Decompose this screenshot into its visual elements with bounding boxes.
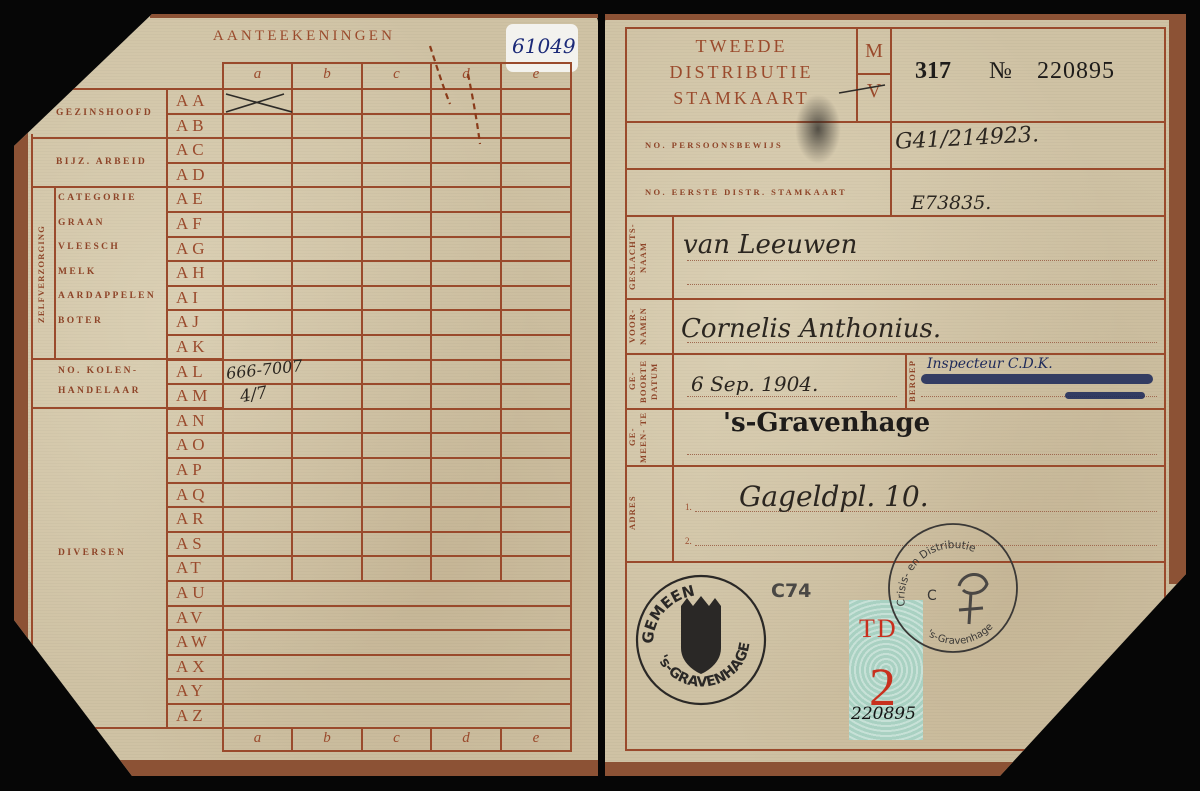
code-mark-c74: C74 xyxy=(771,580,811,602)
row-divider xyxy=(166,186,572,188)
sub-label-melk: MELK xyxy=(58,267,97,277)
row-code-av: AV xyxy=(176,608,206,628)
row-code-af: AF xyxy=(176,214,206,234)
row-divider xyxy=(166,506,572,508)
adres-label: ADRES xyxy=(627,467,671,559)
geboortedatum-value: 6 Sep. 1904. xyxy=(691,372,818,396)
sub-label-graan: GRAAN xyxy=(58,218,105,228)
top-edge-band xyxy=(150,14,598,18)
col-footer-d: d xyxy=(432,730,500,747)
persoonsbewijs-label: NO. PERSOONSBEWIJS xyxy=(645,140,783,150)
card-number: 220895 xyxy=(1037,58,1115,85)
row-code-ao: AO xyxy=(176,435,209,455)
geslachtsnaam-bottom-line xyxy=(625,298,1166,300)
entry-aa-a-cross xyxy=(224,92,292,114)
row-code-az: AZ xyxy=(176,706,207,726)
geslachtsnaam-value: van Leeuwen xyxy=(683,230,857,260)
title-line-2: DISTRIBUTIE xyxy=(627,62,856,83)
entry-am-a: 4/7 xyxy=(238,383,268,407)
beroep-label: BEROEP xyxy=(907,355,919,407)
row-divider xyxy=(166,359,572,361)
row-code-au: AU xyxy=(176,583,209,603)
row-divider xyxy=(166,605,572,607)
title-line-1: TWEEDE xyxy=(627,36,856,57)
voornamen-label: VOOR- NAMEN xyxy=(627,300,671,352)
rust-stain-marks xyxy=(428,44,488,154)
voornamen-bottom-line xyxy=(625,353,1166,355)
row-code-ax: AX xyxy=(176,657,209,677)
group-label-handelaar: HANDELAAR xyxy=(58,386,141,396)
row-divider xyxy=(166,162,572,164)
archive-number: 61049 xyxy=(512,34,576,58)
col-footer-a: a xyxy=(224,730,291,747)
col-header-b: b xyxy=(293,66,361,83)
header-bottom-line xyxy=(625,121,1166,123)
row-code-ai: AI xyxy=(176,288,202,308)
col-footer-c: c xyxy=(363,730,430,747)
group-label-diversen: DIVERSEN xyxy=(58,548,126,558)
row-code-an: AN xyxy=(176,411,209,431)
col-footer-b: b xyxy=(293,730,361,747)
group-sep-kolenhandelaar xyxy=(31,407,223,409)
aanteekeningen-title: AANTEEKENINGEN xyxy=(184,28,424,45)
sub-label-vleesch: VLEESCH xyxy=(58,242,120,252)
group-label-gezinshoofd: GEZINSHOOFD xyxy=(56,108,153,118)
row-code-ag: AG xyxy=(176,239,209,259)
beroep-value: Inspecteur C.D.K. xyxy=(927,356,1053,372)
geslachtsnaam-dotted-1 xyxy=(687,260,1157,261)
col-de-divider xyxy=(500,62,502,580)
stamkaart-bottom-line xyxy=(625,215,1166,217)
sub-label-categorie: CATEGORIE xyxy=(58,193,137,203)
geboortedatum-dotted xyxy=(687,396,897,397)
group-sep-bijz-arbeid xyxy=(31,186,223,188)
archive-label-sticker: 61049 xyxy=(506,24,578,72)
zelfverzorging-divider xyxy=(54,186,56,358)
row-code-ac: AC xyxy=(176,140,208,160)
row-code-ak: AK xyxy=(176,337,209,357)
ink-smudge xyxy=(795,94,841,164)
group-sep-zelfverzorging xyxy=(31,358,223,360)
row-code-ad: AD xyxy=(176,165,209,185)
row-code-as: AS xyxy=(176,534,206,554)
sub-label-aardappelen: AARDAPPELEN xyxy=(58,291,156,301)
gemeente-bottom-line xyxy=(625,465,1166,467)
group-sep-gezinshoofd xyxy=(31,137,223,139)
row-code-ay: AY xyxy=(176,681,207,701)
row-divider xyxy=(166,137,572,139)
row-code-aq: AQ xyxy=(176,485,209,505)
row-code-ab: AB xyxy=(176,116,208,136)
sex-v-strike-mark xyxy=(837,82,887,96)
adres-line-1-value: Gageldpl. 10. xyxy=(739,480,929,513)
group-label-kolen: NO. KOLEN- xyxy=(58,366,138,376)
row-code-al: AL xyxy=(176,362,207,382)
row-divider xyxy=(166,457,572,459)
row-code-ae: AE xyxy=(176,189,207,209)
adres-line-2-number: 2. xyxy=(685,536,692,546)
row-code-ah: AH xyxy=(176,263,209,283)
row-divider xyxy=(166,654,572,656)
row-divider xyxy=(166,309,572,311)
geboortedatum-label: GE- BOORTE DATUM xyxy=(627,355,671,407)
row-code-at: AT xyxy=(176,558,205,578)
row-code-aj: AJ xyxy=(176,312,203,332)
grid-row-top xyxy=(64,88,572,90)
row-divider xyxy=(166,236,572,238)
eerste-stamkaart-label: NO. EERSTE DISTR. STAMKAART xyxy=(645,187,847,197)
grid-bottom-line xyxy=(84,727,572,729)
gemeente-value: 's-Gravenhage xyxy=(723,408,930,438)
row-divider xyxy=(166,334,572,336)
gemeente-dotted xyxy=(687,454,1157,455)
bottom-edge-band xyxy=(605,762,1025,776)
row-code-ap: AP xyxy=(176,460,206,480)
sex-mid-line xyxy=(856,73,891,75)
grid-header-top xyxy=(222,62,572,64)
geslachtsnaam-dotted-2 xyxy=(687,284,1157,285)
municipal-seal-stamp: GEMEEN 's-GRAVENHAGE xyxy=(631,570,771,710)
grid-left-line xyxy=(31,134,33,746)
col-header-a: a xyxy=(224,66,291,83)
row-divider xyxy=(166,383,572,385)
row-divider xyxy=(166,408,572,410)
row-divider xyxy=(166,555,572,557)
voornamen-value: Cornelis Anthonius. xyxy=(681,314,941,344)
row-code-ar: AR xyxy=(176,509,208,529)
row-divider xyxy=(166,531,572,533)
grid-footer-bottom xyxy=(222,750,572,752)
row-divider xyxy=(166,629,572,631)
row-divider xyxy=(166,432,572,434)
series-number: 317 xyxy=(915,58,951,85)
right-edge-band xyxy=(1169,14,1186,584)
col-footer-e: e xyxy=(502,730,570,747)
persoonsbewijs-bottom-line xyxy=(625,168,1166,170)
col-header-e: e xyxy=(502,66,570,83)
row-code-am: AM xyxy=(176,386,211,406)
distribution-office-stamp: Crisis- en Distributie 's-Gravenhage C xyxy=(883,520,1021,656)
beroep-strikeout-2 xyxy=(1065,392,1145,399)
row-divider xyxy=(166,703,572,705)
group-label-zelfverzorging: ZELFVERZORGING xyxy=(36,190,50,358)
right-page-stamkaart: TWEEDE DISTRIBUTIE STAMKAART M V 317 № 2… xyxy=(605,14,1186,776)
row-divider xyxy=(166,580,572,582)
col-bc-divider xyxy=(361,62,363,580)
sub-label-boter: BOTER xyxy=(58,316,103,326)
number-sign: № xyxy=(989,58,1012,85)
row-divider xyxy=(166,260,572,262)
row-divider xyxy=(166,482,572,484)
row-divider xyxy=(166,285,572,287)
group-label-bijz-arbeid: BIJZ. ARBEID xyxy=(56,157,147,167)
row-divider xyxy=(166,211,572,213)
label-col-divider xyxy=(672,215,674,563)
svg-text:C: C xyxy=(927,588,937,604)
top-edge-band xyxy=(605,14,1186,20)
row-divider xyxy=(166,678,572,680)
col-header-c: c xyxy=(363,66,430,83)
left-edge-band xyxy=(14,14,28,776)
gemeente-label: GE- MEEN- TE xyxy=(627,410,671,464)
sex-option-m: M xyxy=(858,40,890,63)
bottom-edge-band xyxy=(14,760,598,776)
left-page-aanteekeningen: AANTEEKENINGEN 61049 a b c d e a b c d e… xyxy=(14,14,598,776)
row-code-aw: AW xyxy=(176,632,211,652)
col-ab-divider xyxy=(291,62,293,580)
adres-line-1-number: 1. xyxy=(685,502,692,512)
eerste-stamkaart-value: E73835. xyxy=(911,192,991,214)
row-code-aa: AA xyxy=(176,91,209,111)
beroep-strikeout-1 xyxy=(921,374,1153,384)
geslachtsnaam-label: GESLACHTS- NAAM xyxy=(627,218,671,296)
sex-number-divider xyxy=(890,27,892,216)
tax-stamp-handwritten-number: 220895 xyxy=(851,704,916,724)
